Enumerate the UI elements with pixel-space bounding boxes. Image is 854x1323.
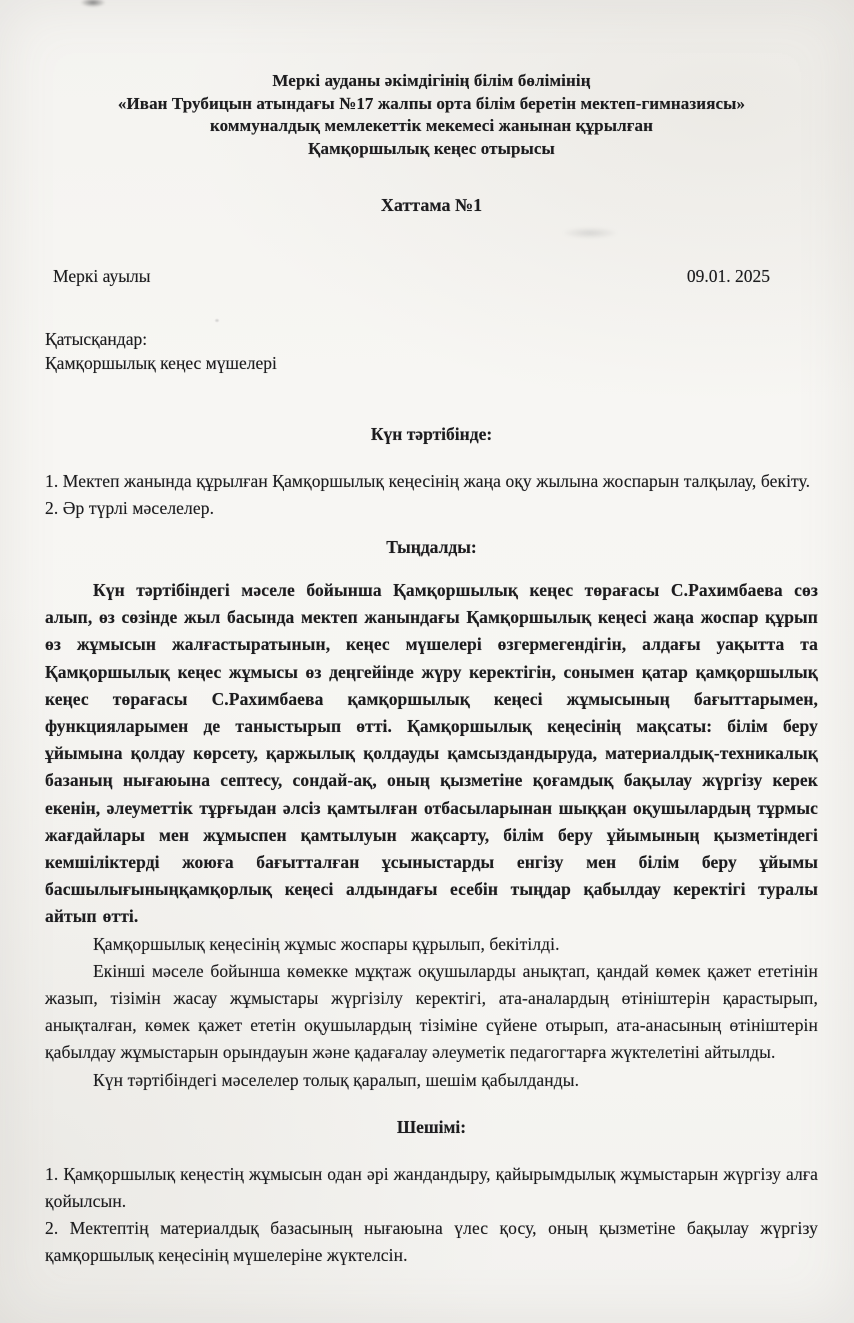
scan-smudge-middle [555, 226, 625, 240]
header-line-institution: коммуналдық мемлекеттік мекемесі жанынан… [45, 115, 818, 138]
header-line-school: «Иван Трубицын атындағы №17 жалпы орта б… [45, 93, 818, 116]
header-line-department: Меркі ауданы әкімдігінің білім бөлімінің [45, 70, 818, 93]
document-header: Меркі ауданы әкімдігінің білім бөлімінің… [45, 70, 818, 160]
header-line-council: Қамқоршылық кеңес отырысы [45, 138, 818, 161]
meeting-date: 09.01. 2025 [687, 265, 770, 288]
scan-smudge-top [78, 0, 108, 8]
document-page: Меркі ауданы әкімдігінің білім бөлімінің… [0, 0, 854, 1323]
agenda-heading: Күн тәртібінде: [45, 423, 818, 446]
protocol-title: Хаттама №1 [45, 194, 818, 217]
participants-block: Қатысқандар: Қамқоршылық кеңес мүшелері [45, 328, 818, 375]
heard-paragraph-3: Екінші мәселе бойынша көмекке мұқтаж оқу… [45, 958, 818, 1067]
scan-speckle [214, 318, 220, 323]
decision-item-2: 2. Мектептің материалдық базасының нығаю… [45, 1215, 818, 1269]
heard-paragraph-1: Күн тәртібіндегі мәселе бойынша Қамқоршы… [45, 577, 818, 931]
meta-row: Меркі ауылы 09.01. 2025 [45, 265, 818, 288]
heard-heading: Тыңдалды: [45, 536, 818, 559]
agenda-item-1: 1. Мектеп жанында құрылған Қамқоршылық к… [45, 468, 818, 495]
heard-paragraph-2: Қамқоршылық кеңесінің жұмыс жоспары құры… [45, 931, 818, 958]
decision-heading: Шешімі: [45, 1116, 818, 1139]
agenda-item-2: 2. Әр түрлі мәселелер. [45, 495, 818, 522]
meeting-location: Меркі ауылы [53, 265, 150, 288]
decision-item-1: 1. Қамқоршылық кеңестің жұмысын одан әрі… [45, 1161, 818, 1215]
participants-label: Қатысқандар: [45, 328, 818, 352]
heard-paragraph-4: Күн тәртібіндегі мәселелер толық қаралып… [45, 1067, 818, 1094]
participants-value: Қамқоршылық кеңес мүшелері [45, 352, 818, 376]
